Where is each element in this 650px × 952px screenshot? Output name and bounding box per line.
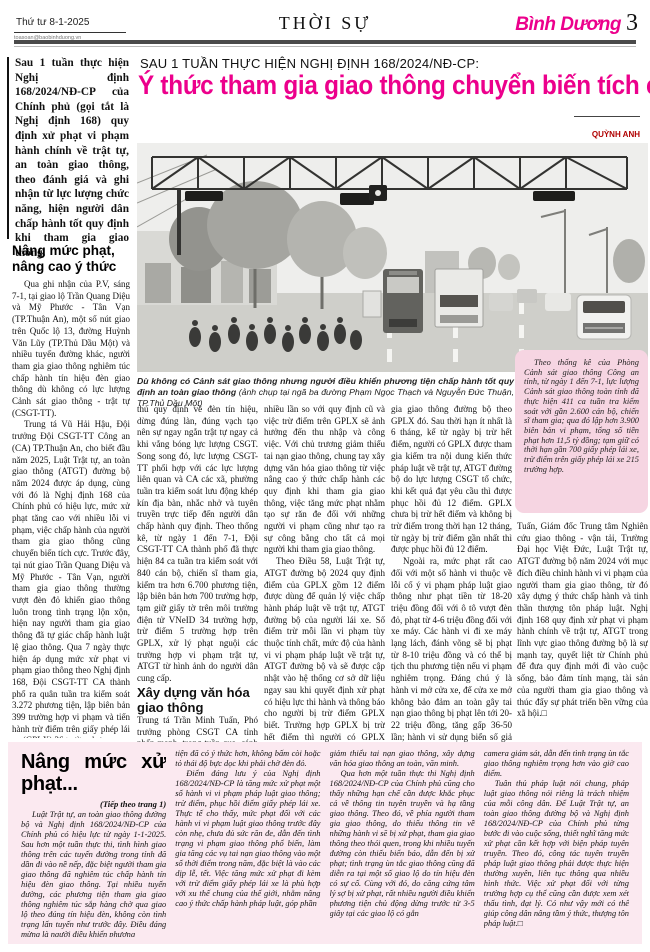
continuation-column-1: Nâng mức xử phạt... (Tiếp theo trang 1) … [21, 749, 166, 937]
byline: QUỲNH ANH [592, 130, 640, 139]
factbox-text: Theo thống kê của Phòng Cảnh sát giao th… [524, 358, 639, 474]
paragraph: Tuân thủ pháp luật nói chung, pháp luật … [484, 779, 629, 929]
subhead-1: Nâng mức phạt, nâng cao ý thức [12, 243, 130, 274]
gantry-pole [177, 189, 181, 255]
article-photo [137, 143, 648, 372]
white-suv [577, 295, 631, 339]
paragraph: Qua hơn một tuần thực thi Nghị định 168/… [330, 769, 475, 919]
continuation-column-4: camera giám sát, dẫn đến tình trạng ùn t… [484, 749, 629, 937]
street-scene-illustration [137, 143, 648, 372]
paragraph: camera giám sát, dẫn đến tình trạng ùn t… [484, 749, 629, 779]
article-lead: Sau 1 tuần thực hiện Nghị định 168/2024/… [15, 56, 129, 260]
statistics-factbox: Theo thống kê của Phòng Cảnh sát giao th… [515, 350, 648, 513]
paragraph: Theo Điều 58, Luật Trật tự, ATGT đường b… [264, 556, 385, 767]
header-rule-thin [14, 46, 636, 47]
body-column-2: nhiều lần so với quy định cũ và việc trừ… [264, 404, 385, 781]
body-column-3: gia giao thông đường bộ theo GPLX đó. Sa… [391, 404, 512, 781]
paragraph: tiện đã có ý thức hơn, không bấm còi hoặ… [175, 749, 320, 769]
paragraph: Qua ghi nhận của P.V, sáng 7-1, tại giao… [12, 279, 130, 419]
newspaper-page: Thứ tư 8-1-2025 toasoan@baobinhduong.vn … [0, 0, 650, 952]
page-number: 3 [626, 10, 638, 37]
paragraph: Trung tá Vũ Hải Hậu, Đội trưởng Đội CSGT… [12, 419, 130, 738]
continuation-column-3: giảm thiểu tai nạn giao thông, xây dựng … [330, 749, 475, 937]
article-kicker: SAU 1 TUẦN THỰC HIỆN NGHỊ ĐỊNH 168/2024/… [140, 56, 479, 71]
continuation-title: Nâng mức xử phạt... [21, 751, 166, 795]
continuation-columns: Nâng mức xử phạt... (Tiếp theo trang 1) … [21, 749, 629, 937]
continued-from-note: (Tiếp theo trang 1) [21, 799, 166, 809]
continuation-column-2: tiện đã có ý thức hơn, không bấm còi hoặ… [175, 749, 320, 937]
masthead: Bình Dương 3 [515, 10, 638, 37]
lead-left-rule [7, 57, 9, 239]
paragraph: gia giao thông đường bộ theo GPLX đó. Sa… [391, 404, 512, 556]
brand-logo: Bình Dương [515, 14, 621, 36]
paragraph: giảm thiểu tai nạn giao thông, xây dựng … [330, 749, 475, 769]
body-column-1: thủ quy định về đèn tín hiệu, dừng đúng … [137, 404, 258, 781]
subhead-2: Xây dựng văn hóa giao thông [137, 685, 258, 715]
continuation-box: Nâng mức xử phạt... (Tiếp theo trang 1) … [8, 742, 642, 944]
header-rule [14, 40, 636, 44]
paragraph: Ngoài ra, mức phạt rất cao đối với một s… [391, 556, 512, 767]
paragraph: Điểm đáng lưu ý của Nghị định 168/2024/N… [175, 769, 320, 909]
paragraph: Tuấn, Giám đốc Trung tâm Nghiên cứu giao… [517, 521, 648, 720]
paragraph: thủ quy định về đèn tín hiệu, dừng đúng … [137, 404, 258, 685]
byline-block: QUỲNH ANH [138, 106, 640, 142]
left-column: Qua ghi nhận của P.V, sáng 7-1, tại giao… [12, 279, 130, 738]
paragraph: Luật Trật tự, an toàn giao thông đường b… [21, 810, 166, 937]
byline-rule [574, 116, 640, 117]
article-headline: Ý thức tham gia giao thông chuyển biến t… [138, 70, 650, 101]
bus [383, 269, 423, 333]
paragraph: nhiều lần so với quy định cũ và việc trừ… [264, 404, 385, 556]
